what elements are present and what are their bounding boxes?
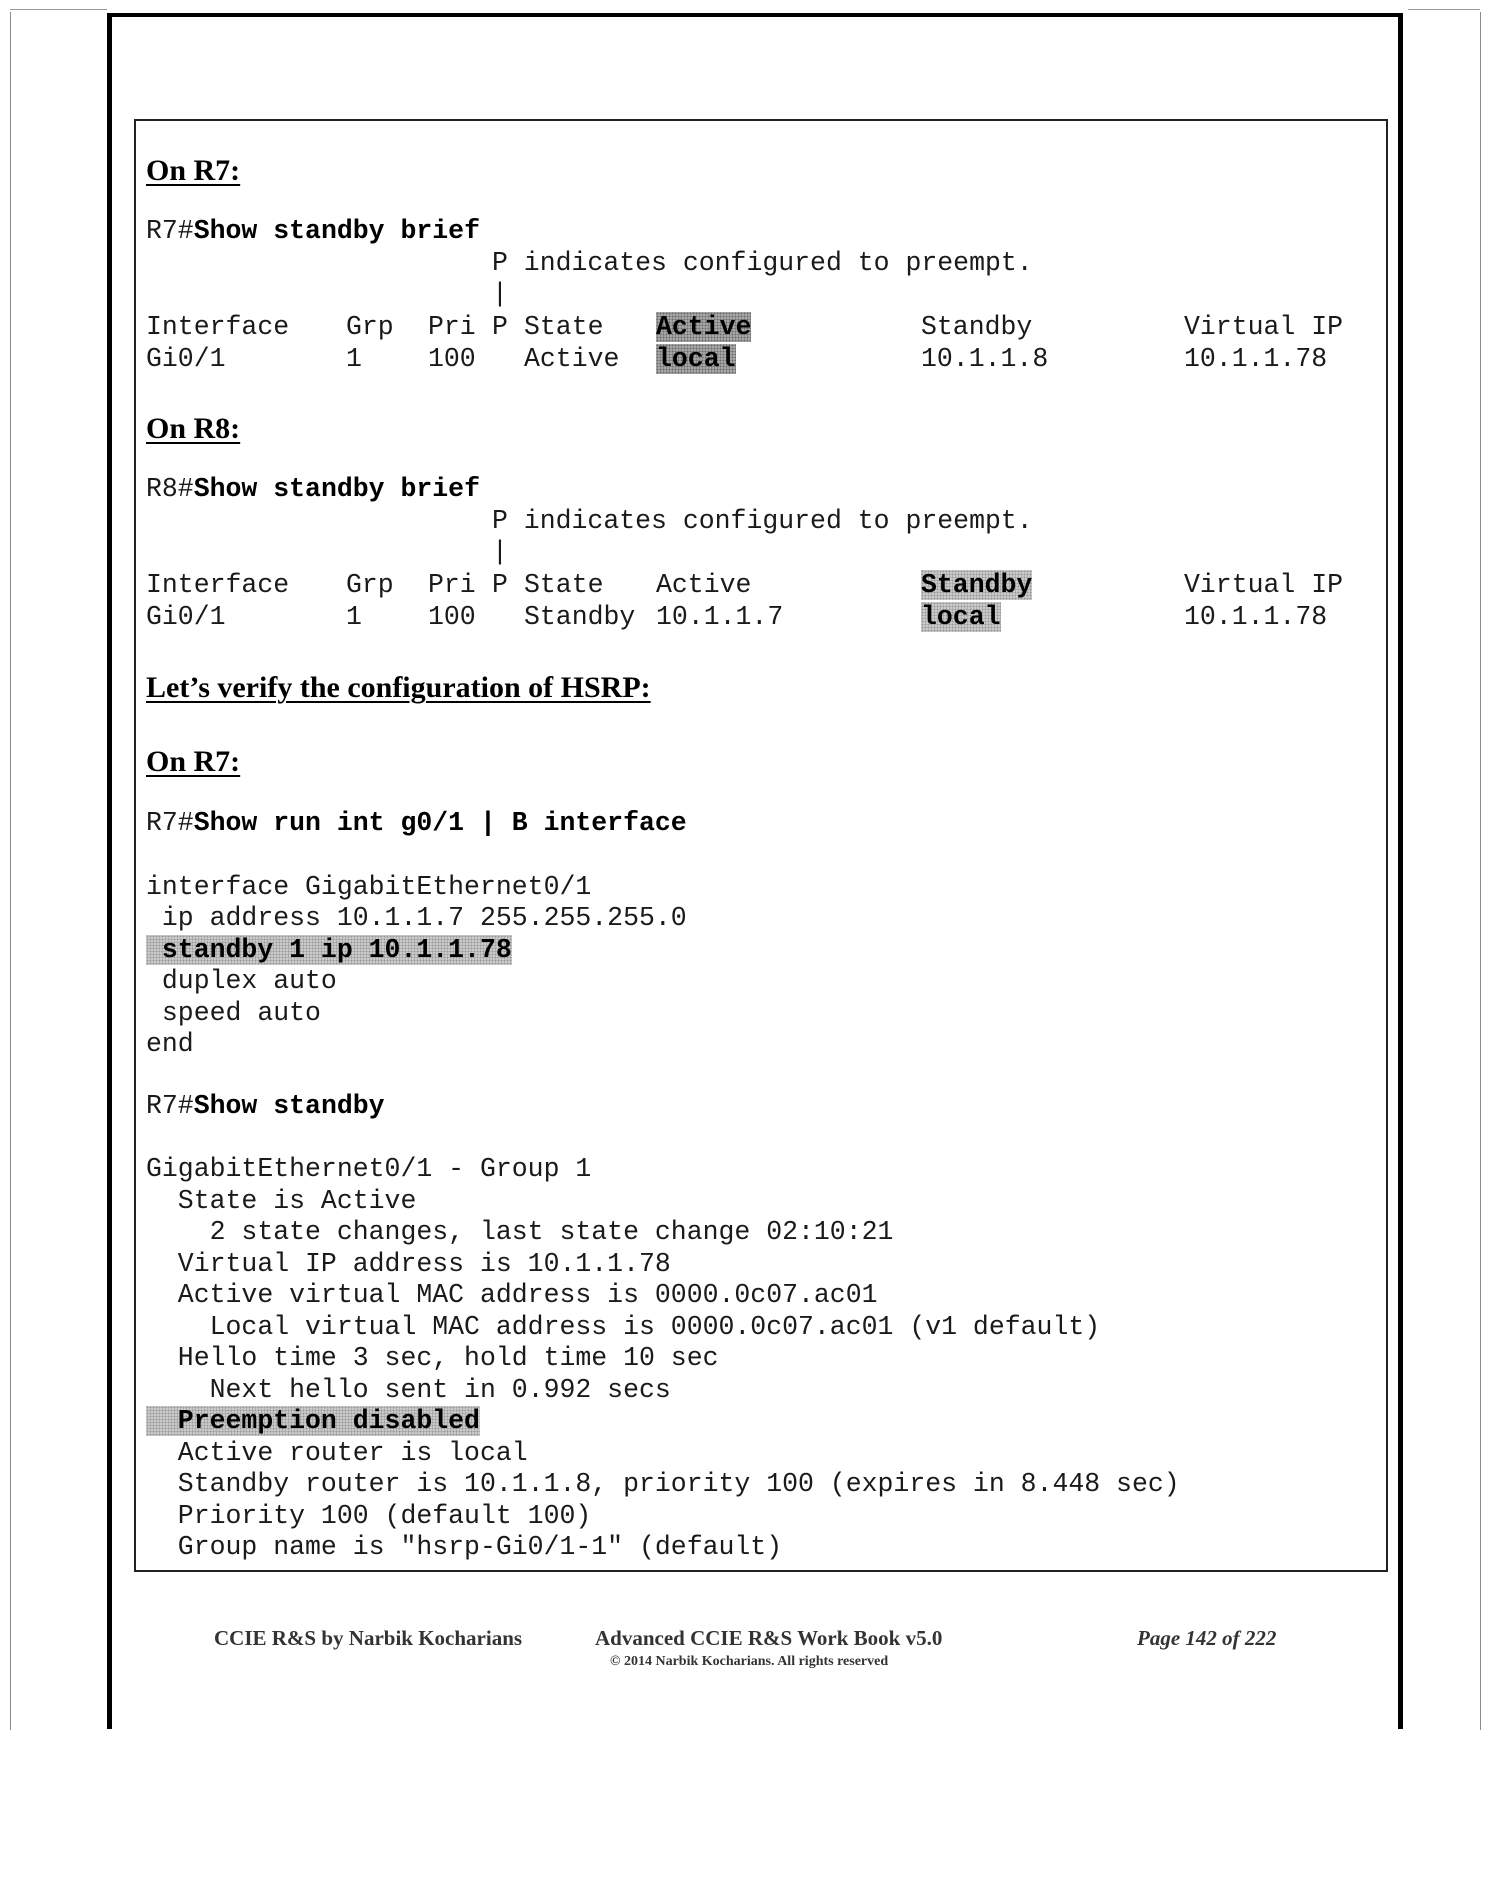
header-pri: Pri bbox=[428, 570, 476, 600]
config-line: duplex auto bbox=[146, 966, 337, 996]
config-line: ip address 10.1.1.7 255.255.255.0 bbox=[146, 903, 687, 933]
header-grp: Grp bbox=[346, 312, 394, 342]
cell-virtual-ip: 10.1.1.78 bbox=[1184, 344, 1327, 374]
config-line: speed auto bbox=[146, 998, 321, 1028]
cli-command-r7-brief: R7#Show standby brief bbox=[146, 216, 480, 246]
header-p: P bbox=[492, 312, 508, 342]
section-heading-r7-verify: On R7: bbox=[146, 745, 240, 779]
brief-legend: P indicates configured to preempt. bbox=[492, 248, 1033, 278]
output-line: Local virtual MAC address is 0000.0c07.a… bbox=[146, 1312, 1100, 1342]
cli-prompt: R7# bbox=[146, 1091, 194, 1121]
cli-command: Show run int g0/1 | B interface bbox=[194, 808, 687, 838]
cell-pri: 100 bbox=[428, 602, 476, 632]
header-virtual-ip: Virtual IP bbox=[1184, 570, 1343, 600]
header-active: Active bbox=[656, 570, 751, 600]
cli-command-show-standby: R7#Show standby bbox=[146, 1091, 385, 1121]
header-active: Active bbox=[656, 312, 751, 342]
output-line: GigabitEthernet0/1 - Group 1 bbox=[146, 1154, 591, 1184]
cli-command-r8-brief: R8#Show standby brief bbox=[146, 474, 480, 504]
config-line: end bbox=[146, 1029, 194, 1059]
cli-command: Show standby bbox=[194, 1091, 385, 1121]
highlight-standby: Standby bbox=[921, 570, 1032, 600]
scan-edge-right bbox=[1480, 12, 1481, 1730]
footer-copyright: © 2014 Narbik Kocharians. All rights res… bbox=[610, 1654, 888, 1670]
cli-command: Show standby brief bbox=[194, 216, 480, 246]
cell-grp: 1 bbox=[346, 344, 362, 374]
cell-virtual-ip: 10.1.1.78 bbox=[1184, 602, 1327, 632]
cell-state: Standby bbox=[524, 602, 635, 632]
cell-standby: local bbox=[921, 602, 1001, 632]
output-line-highlighted: Preemption disabled bbox=[146, 1406, 480, 1436]
cell-standby: 10.1.1.8 bbox=[921, 344, 1048, 374]
footer-author: CCIE R&S by Narbik Kocharians bbox=[214, 1626, 522, 1651]
header-standby: Standby bbox=[921, 312, 1032, 342]
output-line: Hello time 3 sec, hold time 10 sec bbox=[146, 1343, 719, 1373]
scan-edge-top bbox=[10, 9, 107, 10]
output-line: Virtual IP address is 10.1.1.78 bbox=[146, 1249, 671, 1279]
output-line: Active router is local bbox=[146, 1438, 528, 1468]
brief-legend-bar: | bbox=[492, 537, 508, 567]
header-state: State bbox=[524, 312, 604, 342]
header-p: P bbox=[492, 570, 508, 600]
section-heading-r8: On R8: bbox=[146, 412, 240, 446]
config-line-highlighted: standby 1 ip 10.1.1.78 bbox=[146, 935, 512, 965]
cell-interface: Gi0/1 bbox=[146, 602, 226, 632]
cli-prompt: R7# bbox=[146, 808, 194, 838]
cell-grp: 1 bbox=[346, 602, 362, 632]
highlight-local: local bbox=[656, 344, 736, 374]
highlight-preemption: Preemption disabled bbox=[146, 1406, 480, 1436]
header-virtual-ip: Virtual IP bbox=[1184, 312, 1343, 342]
output-line: Standby router is 10.1.1.8, priority 100… bbox=[146, 1469, 1180, 1499]
output-line: Group name is "hsrp-Gi0/1-1" (default) bbox=[146, 1532, 782, 1562]
cli-prompt: R8# bbox=[146, 474, 194, 504]
footer-book-title: Advanced CCIE R&S Work Book v5.0 bbox=[595, 1626, 942, 1651]
cell-active: 10.1.1.7 bbox=[656, 602, 783, 632]
cli-command: Show standby brief bbox=[194, 474, 480, 504]
section-heading-r7: On R7: bbox=[146, 154, 240, 188]
scan-edge-left bbox=[10, 12, 11, 1730]
cell-interface: Gi0/1 bbox=[146, 344, 226, 374]
highlight-active: Active bbox=[656, 312, 751, 342]
output-line: State is Active bbox=[146, 1186, 416, 1216]
header-grp: Grp bbox=[346, 570, 394, 600]
cell-pri: 100 bbox=[428, 344, 476, 374]
header-standby: Standby bbox=[921, 570, 1032, 600]
cli-prompt: R7# bbox=[146, 216, 194, 246]
config-line: interface GigabitEthernet0/1 bbox=[146, 872, 591, 902]
header-interface: Interface bbox=[146, 570, 289, 600]
scan-edge-top-right bbox=[1408, 9, 1480, 10]
footer-page-number: Page 142 of 222 bbox=[1137, 1626, 1276, 1651]
cli-command-show-run: R7#Show run int g0/1 | B interface bbox=[146, 808, 687, 838]
output-line: Active virtual MAC address is 0000.0c07.… bbox=[146, 1280, 878, 1310]
header-state: State bbox=[524, 570, 604, 600]
cell-state: Active bbox=[524, 344, 619, 374]
highlight-standby-ip: standby 1 ip 10.1.1.78 bbox=[146, 935, 512, 965]
output-line: Priority 100 (default 100) bbox=[146, 1501, 591, 1531]
highlight-local: local bbox=[921, 602, 1001, 632]
output-line: 2 state changes, last state change 02:10… bbox=[146, 1217, 893, 1247]
brief-legend: P indicates configured to preempt. bbox=[492, 506, 1033, 536]
brief-legend-bar: | bbox=[492, 279, 508, 309]
header-interface: Interface bbox=[146, 312, 289, 342]
cell-active: local bbox=[656, 344, 736, 374]
output-line: Next hello sent in 0.992 secs bbox=[146, 1375, 671, 1405]
section-heading-verify: Let’s verify the configuration of HSRP: bbox=[146, 671, 651, 705]
header-pri: Pri bbox=[428, 312, 476, 342]
